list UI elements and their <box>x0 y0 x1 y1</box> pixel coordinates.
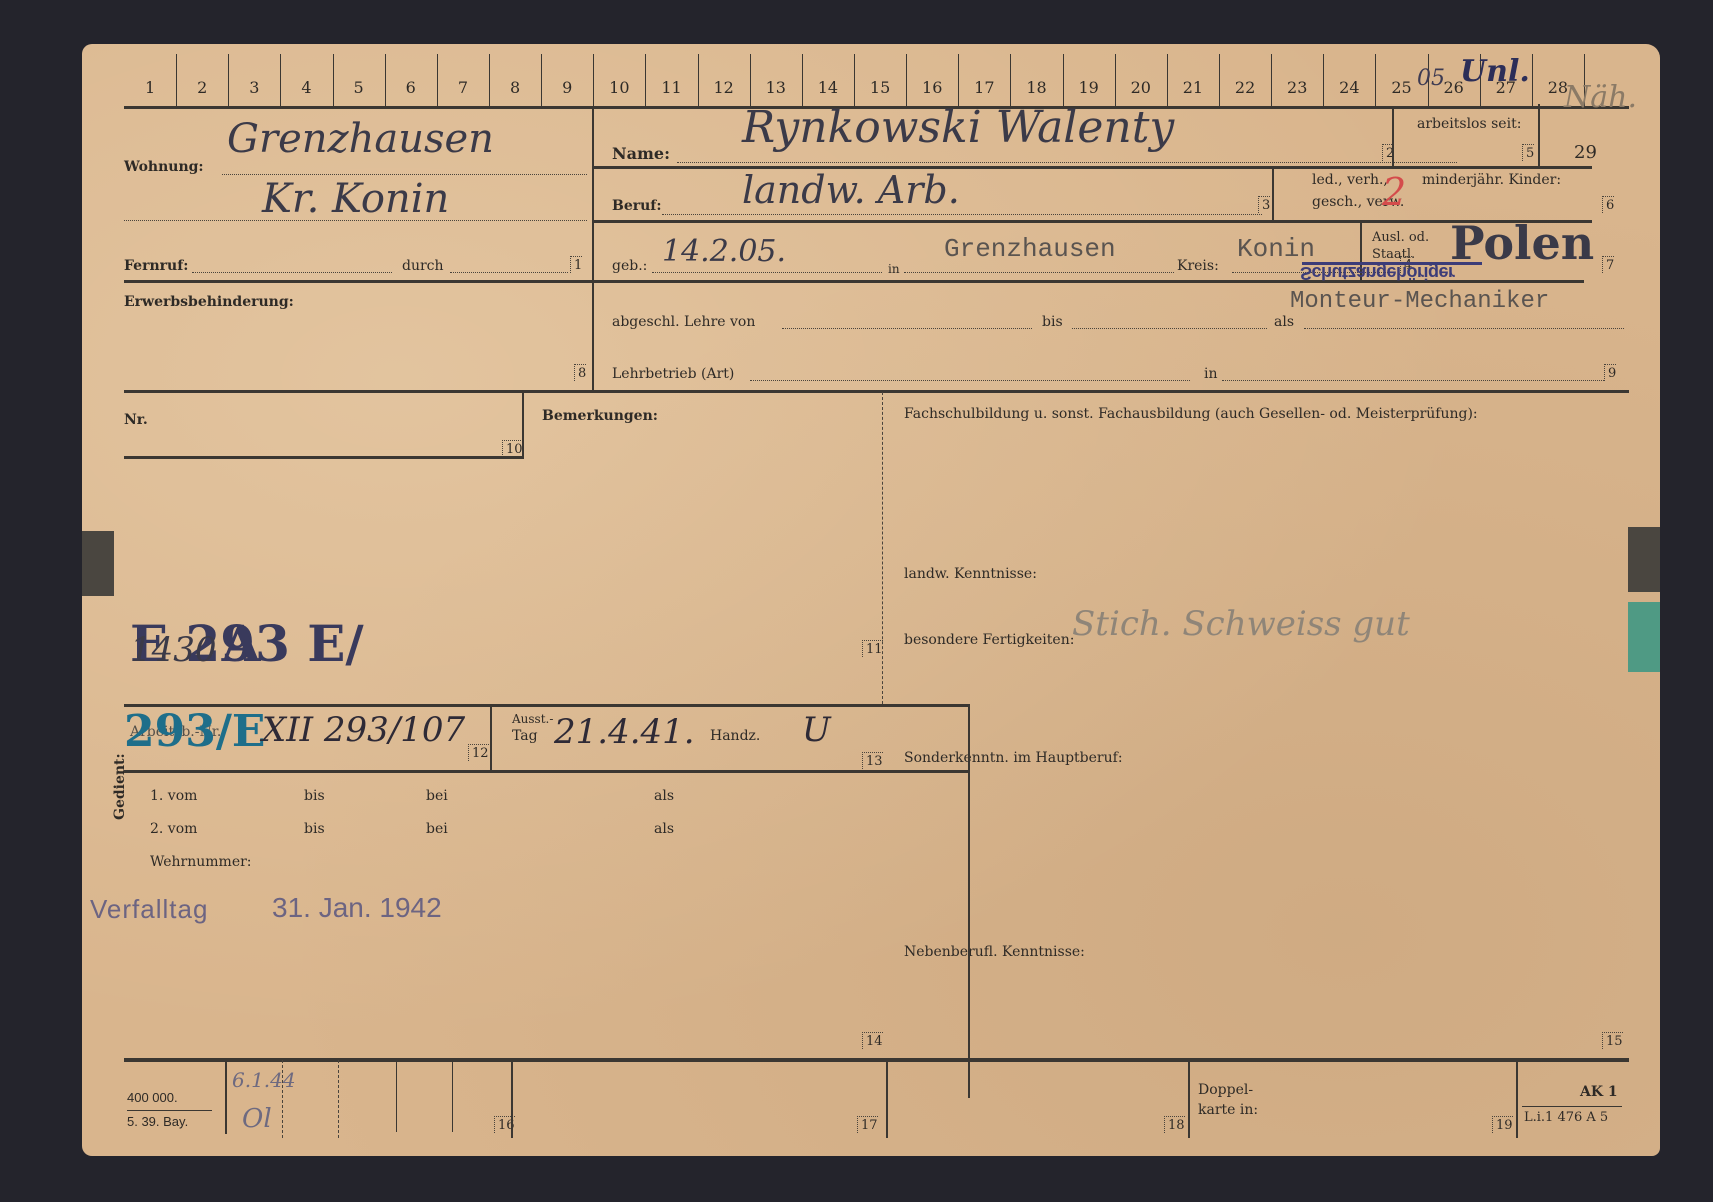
verfalltag-value: 31. Jan. 1942 <box>272 892 442 924</box>
right-color-tab <box>1628 602 1660 672</box>
ruler-number-20: 20 <box>1115 78 1167 97</box>
divider-name-arbeitslos <box>1392 108 1394 168</box>
lehre-als-label: als <box>1274 314 1294 330</box>
ruler-number-2: 2 <box>176 78 228 97</box>
typed-occupation: Monteur-Mechaniker <box>1290 288 1549 315</box>
beruf-label: Beruf: <box>612 198 662 214</box>
box-14: 14 <box>862 1032 883 1049</box>
footer-divider-3 <box>338 1060 339 1138</box>
erwerbsbehinderung-label: Erwerbsbehinderung: <box>124 294 294 310</box>
durch-line <box>450 272 568 273</box>
besondere-label: besondere Fertigkeiten: <box>904 632 1074 648</box>
geb-in-line <box>904 272 1174 273</box>
neben-label: Nebenberufl. Kenntnisse: <box>904 944 1085 960</box>
box-12: 12 <box>468 744 489 761</box>
gedient-1-als: als <box>654 788 674 804</box>
ruler-number-18: 18 <box>1010 78 1062 97</box>
box-10: 10 <box>502 440 523 457</box>
ruler-number-23: 23 <box>1271 78 1323 97</box>
right-index-tab <box>1628 527 1660 592</box>
ruler-number-1: 1 <box>124 78 176 97</box>
gedient-2-bis: bis <box>304 821 325 837</box>
arbeitsbuch-value: XII 293/107 <box>262 710 465 750</box>
footer-divider-9 <box>1516 1060 1518 1138</box>
familienstand-label-1: led., verh., <box>1312 172 1388 188</box>
ruler-number-5: 5 <box>333 78 385 97</box>
ruler-number-11: 11 <box>645 78 697 97</box>
divider-left-column <box>592 108 594 390</box>
ruler-number-17: 17 <box>958 78 1010 97</box>
footer-date-pencil: 6.1.44 <box>232 1068 296 1092</box>
ruler-number-24: 24 <box>1323 78 1375 97</box>
lehrbetrieb-in-label: in <box>1204 366 1218 382</box>
box-6: 6 <box>1602 196 1614 213</box>
lehre-als-line <box>1304 328 1624 329</box>
form-id: AK 1 <box>1580 1084 1618 1100</box>
stamp-code-number: 1430 <box>130 630 217 670</box>
ruler-number-8: 8 <box>489 78 541 97</box>
divider-center-lower <box>968 704 970 1098</box>
gedient-2-vom: 2. vom <box>150 821 197 837</box>
fachschul-label: Fachschulbildung u. sonst. Fachausbildun… <box>904 406 1478 422</box>
rule-lehrbetrieb-bottom <box>124 390 1629 393</box>
pencil-note-right: Näh. <box>1564 80 1637 115</box>
stamp-code: E 293 E/ 1430 A <box>130 614 260 673</box>
ruler-handwritten-05: 05 <box>1417 66 1445 91</box>
box-3: 3 <box>1258 196 1270 213</box>
divider-arbeitsbuch <box>490 706 492 772</box>
ausst-value: 21.4.41. <box>554 712 695 752</box>
ruler-number-19: 19 <box>1063 78 1115 97</box>
gedient-2-als: als <box>654 821 674 837</box>
durch-label: durch <box>402 258 444 274</box>
footer-print-date: 5. 39. Bay. <box>127 1114 188 1129</box>
fernruf-label: Fernruf: <box>124 258 188 274</box>
beruf-value: landw. Arb. <box>742 168 960 212</box>
box-7: 7 <box>1602 256 1614 273</box>
lehre-label: abgeschl. Lehre von <box>612 314 755 330</box>
ruler-number-9: 9 <box>541 78 593 97</box>
box-15: 15 <box>1602 1032 1623 1049</box>
footer-print-run: 400 000. <box>127 1090 178 1105</box>
verfalltag-label: Verfalltag <box>90 894 208 925</box>
rule-beruf-bottom <box>592 220 1592 223</box>
bemerkungen-label: Bemerkungen: <box>542 408 658 424</box>
doppelkarte-label-2: karte in: <box>1198 1102 1258 1118</box>
kreis-value: Konin <box>1237 234 1315 264</box>
geb-in-label: in <box>888 262 900 276</box>
gedient-1-bis: bis <box>304 788 325 804</box>
geb-date: 14.2.05. <box>662 234 786 269</box>
arbeitsbuch-stamp: 293/E <box>124 706 265 757</box>
ruler-number-12: 12 <box>698 78 750 97</box>
footer-divider-5 <box>452 1060 453 1132</box>
footer-divider-4 <box>396 1060 397 1132</box>
footer-divider-6 <box>511 1060 513 1138</box>
gedient-1-vom: 1. vom <box>150 788 197 804</box>
rule-nr-bottom <box>124 456 524 459</box>
lehre-von-line <box>782 328 1032 329</box>
beruf-line <box>662 214 1262 215</box>
lehre-bis-label: bis <box>1042 314 1063 330</box>
ruler-number-14: 14 <box>802 78 854 97</box>
arbeitslos-label: arbeitslos seit: <box>1417 116 1521 132</box>
left-index-tab <box>82 531 114 596</box>
name-line <box>677 162 1457 163</box>
ruler-number-10: 10 <box>593 78 645 97</box>
lehrbetrieb-line <box>750 380 1190 381</box>
lehrbetrieb-label: Lehrbetrieb (Art) <box>612 366 734 382</box>
stamp-code-suffix: A <box>222 614 261 673</box>
lehre-bis-line <box>1072 328 1267 329</box>
ruler-number-7: 7 <box>437 78 489 97</box>
gedient-1-bei: bei <box>426 788 448 804</box>
ruler-number-22: 22 <box>1219 78 1271 97</box>
stamp-schutzangehoeriger: Schutzangehöriger <box>1300 262 1455 283</box>
gedient-2-bei: bei <box>426 821 448 837</box>
geb-line <box>652 272 882 273</box>
footer-divider-8 <box>1188 1060 1190 1138</box>
wohnung-line1 <box>222 174 587 175</box>
box-8: 8 <box>574 364 586 381</box>
landw-label: landw. Kenntnisse: <box>904 566 1037 582</box>
footer-divider-7 <box>886 1060 888 1138</box>
kinder-label: minderjähr. Kinder: <box>1422 172 1561 188</box>
rule-arbeitsbuch-bottom <box>124 770 969 773</box>
divider-nr <box>522 392 524 458</box>
box-18: 18 <box>1164 1116 1185 1133</box>
form-ref: L.i.1 476 A 5 <box>1524 1110 1608 1125</box>
box-19: 19 <box>1492 1116 1513 1133</box>
geb-label: geb.: <box>612 258 647 274</box>
geb-place: Grenzhausen <box>944 234 1116 264</box>
ruler-number-4: 4 <box>280 78 332 97</box>
ausst-label-2: Tag <box>512 728 538 744</box>
divider-arbeitslos-right <box>1538 104 1540 168</box>
field-29: 29 <box>1574 142 1597 163</box>
ausst-label-1: Ausst.- <box>512 712 553 726</box>
besondere-value: Stich. Schweiss gut <box>1072 604 1410 644</box>
sonder-label: Sonderkenntn. im Hauptberuf: <box>904 750 1123 766</box>
ruler-scribble: Unl. <box>1460 54 1530 89</box>
box-9: 9 <box>1604 364 1616 381</box>
box-5: 5 <box>1522 144 1534 161</box>
staat-label-2: Staatl. <box>1372 247 1415 262</box>
wohnung-value-line2: Kr. Konin <box>262 176 449 222</box>
footer-divider-1 <box>225 1060 227 1134</box>
box-11: 11 <box>862 640 883 657</box>
box-17: 17 <box>857 1116 878 1133</box>
footer-print-divider <box>127 1110 212 1111</box>
ruler-number-3: 3 <box>228 78 280 97</box>
divider-bemerkungen-dashed <box>882 392 883 704</box>
gedient-label: Gedient: <box>112 753 128 820</box>
wohnung-label: Wohnung: <box>124 159 204 175</box>
fernruf-line <box>192 272 392 273</box>
ruler-number-21: 21 <box>1167 78 1219 97</box>
staat-label-1: Ausl. od. <box>1372 230 1429 245</box>
form-id-divider <box>1522 1106 1622 1107</box>
ruler-number-16: 16 <box>906 78 958 97</box>
box-1: 1 <box>570 256 582 273</box>
handz-value: U <box>802 710 831 750</box>
lehrbetrieb-in-line <box>1222 380 1604 381</box>
footer-initials-pencil: Ol <box>242 1104 272 1134</box>
nr-label: Nr. <box>124 412 148 428</box>
doppelkarte-label-1: Doppel- <box>1198 1082 1253 1098</box>
kreis-label: Kreis: <box>1177 258 1219 274</box>
wohnung-value-line1: Grenzhausen <box>227 116 494 162</box>
rule-footer-top <box>124 1058 1629 1062</box>
divider-beruf-familie <box>1272 166 1274 220</box>
ruler-number-6: 6 <box>385 78 437 97</box>
wehrnummer-label: Wehrnummer: <box>150 854 252 870</box>
footer-divider-2 <box>282 1060 283 1138</box>
index-card: 1234567891011121314151617181920212223242… <box>82 44 1660 1156</box>
handz-label: Handz. <box>710 728 760 744</box>
familienstand-value: 2 <box>1382 170 1406 214</box>
box-13: 13 <box>862 752 883 769</box>
name-label: Name: <box>612 144 670 163</box>
ruler-number-13: 13 <box>750 78 802 97</box>
name-value: Rynkowski Walenty <box>742 102 1174 153</box>
ruler-number-15: 15 <box>854 78 906 97</box>
